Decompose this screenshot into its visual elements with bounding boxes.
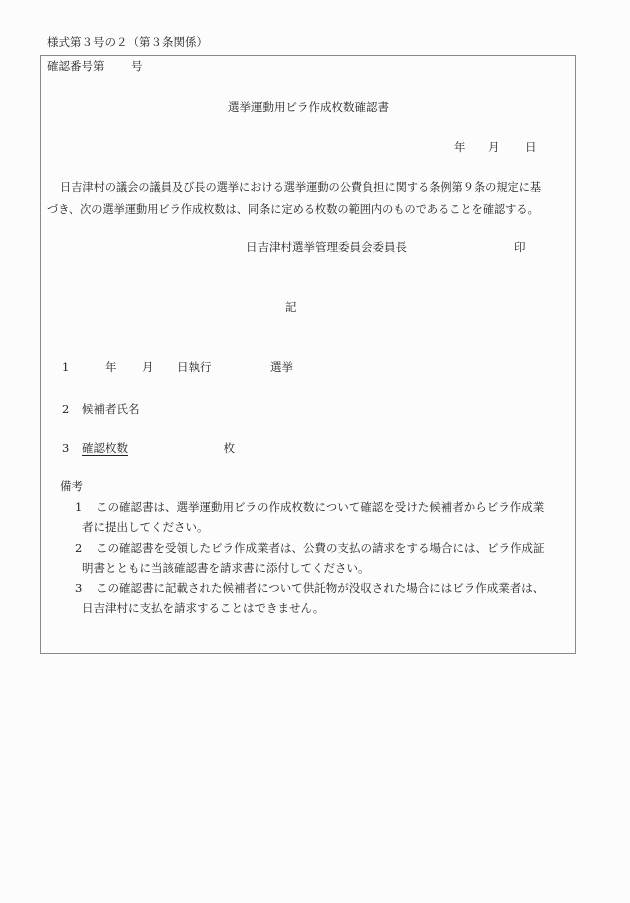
note-1-line-2: 者に提出してください。 — [82, 522, 209, 534]
form-label: 様式第３号の２（第３条関係） — [47, 37, 208, 49]
signatory-title: 日吉津村選挙管理委員会委員長 — [246, 242, 407, 254]
confirmed-count-unit: 枚 — [224, 443, 236, 455]
body-line-2: づき、次の選挙運動用ビラ作成枚数は、同条に定める枚数の範囲内のものであることを確… — [47, 204, 539, 215]
item-3-number: 3 — [62, 443, 69, 455]
date-day: 日 — [525, 142, 537, 154]
item-1-year: 年 — [105, 362, 117, 374]
note-2-number: 2 — [75, 543, 82, 555]
item-1-month: 月 — [142, 362, 154, 374]
confirmed-count-label: 確認枚数 — [82, 441, 128, 455]
confirmation-number-suffix: 号 — [131, 61, 143, 73]
confirmed-count-field: 確認枚数 枚 — [82, 443, 235, 455]
note-3-line-1: この確認書に記載された候補者について供託物が没収された場合にはビラ作成業者は、 — [96, 583, 544, 595]
seal-mark: 印 — [514, 242, 526, 254]
note-2-line-1: この確認書を受領したビラ作成業者は、公費の支払の請求をする場合には、ビラ作成証 — [96, 543, 545, 555]
item-2-number: 2 — [62, 404, 69, 416]
confirmation-number-prefix: 確認番号第 — [47, 61, 105, 73]
note-1-line-1: この確認書は、選挙運動用ビラの作成枚数について確認を受けた候補者からビラ作成業 — [96, 502, 544, 514]
note-1-number: 1 — [75, 502, 82, 514]
note-3-line-2: 日吉津村に支払を請求することはできません。 — [82, 603, 324, 615]
ki-heading: 記 — [285, 302, 297, 314]
body-line-1: 日吉津村の議会の議員及び長の選挙における選挙運動の公費負担に関する条例第９条の規… — [60, 182, 541, 193]
note-3-number: 3 — [75, 583, 82, 595]
note-2-line-2: 明書とともに当該確認書を請求書に添付してください。 — [82, 563, 370, 575]
date-year: 年 — [454, 142, 466, 154]
item-1-election: 選挙 — [270, 362, 293, 374]
date-month: 月 — [488, 142, 500, 154]
document-title: 選挙運動用ビラ作成枚数確認書 — [228, 102, 389, 114]
notes-heading: 備考 — [60, 481, 83, 493]
item-1-day-exec: 日執行 — [177, 362, 212, 374]
candidate-name-label: 候補者氏名 — [82, 404, 140, 416]
item-1-number: 1 — [62, 362, 69, 374]
